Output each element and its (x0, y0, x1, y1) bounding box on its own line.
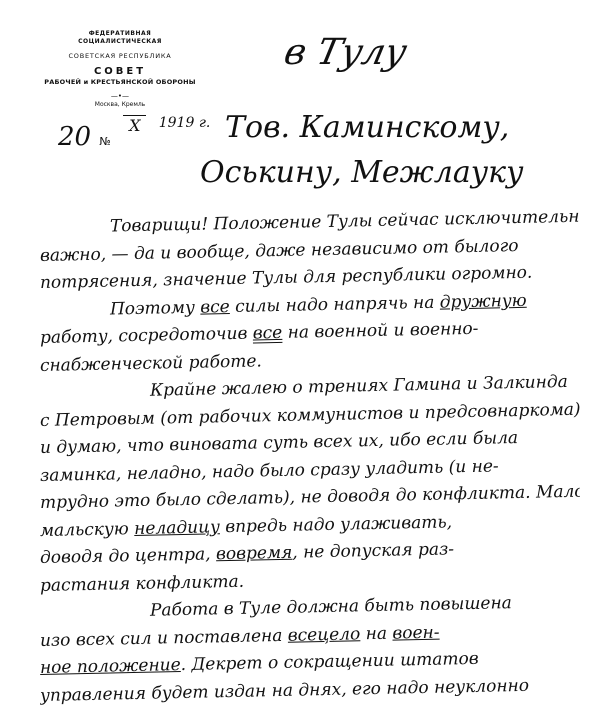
letterhead-line3: СОВЕТСКАЯ РЕСПУБЛИКА (40, 52, 200, 60)
letterhead-subtitle: РАБОЧЕЙ и КРЕСТЬЯНСКОЙ ОБОРОНЫ (40, 78, 200, 86)
destination: в Тулу (281, 32, 411, 73)
date-month: X (123, 115, 146, 135)
letterhead-line2: СОЦИАЛИСТИЧЕСКАЯ (40, 38, 200, 46)
letterhead-title: СОВЕТ (40, 66, 200, 77)
addressees-line-2: Оськину, Межлауку (200, 155, 523, 190)
letterhead-place: Москва, Кремль (40, 101, 200, 108)
letterhead-divider: —•— (40, 92, 200, 100)
letter-body: Товарищи! Положение Тулы сейчас исключит… (40, 215, 580, 710)
date-number-label: № (99, 135, 110, 148)
date-day: 20 (58, 122, 91, 152)
letter-date: 20 № X 1919 г. (58, 122, 210, 152)
addressees-line-1: Тов. Каминскому, (225, 110, 509, 145)
letterhead: ФЕДЕРАТИВНАЯ СОЦИАЛИСТИЧЕСКАЯ СОВЕТСКАЯ … (40, 30, 200, 108)
letterhead-line1: ФЕДЕРАТИВНАЯ (40, 30, 200, 38)
date-year: 1919 г. (159, 115, 211, 131)
